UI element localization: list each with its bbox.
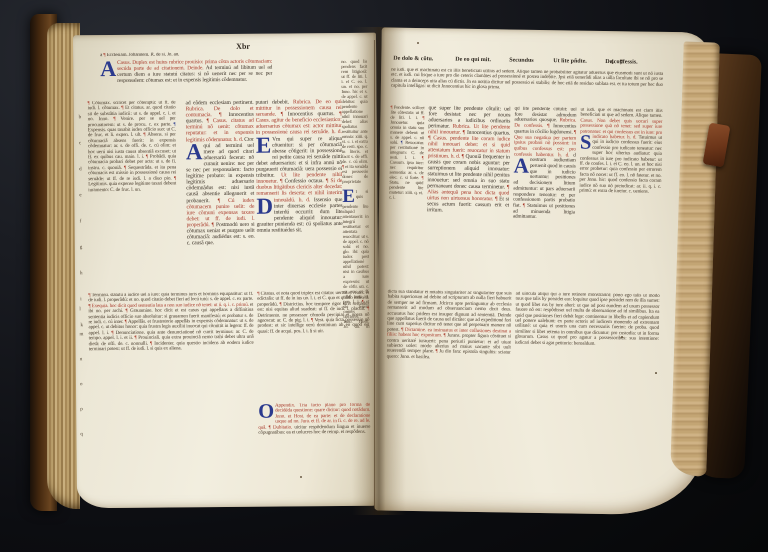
rubricated-text: ¶ Exequia. hoc dicit quod sententia lata… xyxy=(88,303,248,309)
rubricated-text: ¶ xyxy=(391,105,393,110)
rubricated-text: ¶ Casus. citatus ad terminú nõ uenit: cõ… xyxy=(186,118,254,143)
right-gloss-column: ¶ Pendente. scilicet lite cõtestata: ut … xyxy=(388,105,425,286)
rubricated-text: ¶ xyxy=(495,196,498,202)
rubricated-text: ¶ xyxy=(311,318,313,323)
rubricated-text: ¶ xyxy=(113,117,115,122)
rubricated-text: Rubrica. De eo qui mittitur in possessio… xyxy=(256,99,342,118)
rubricated-text: ¶ xyxy=(421,175,423,180)
illuminated-initial: S xyxy=(580,135,592,152)
ink-speck xyxy=(417,42,419,44)
rubricated-text: ¶ xyxy=(146,155,148,160)
rubricated-text: ¶ xyxy=(174,122,176,127)
rubricated-text: ¶ xyxy=(401,140,403,145)
rubricated-text: Rubrica. De confessis. xyxy=(514,118,576,129)
right-lower-gloss-right: ad uincula aliqui qui a iure retinere mo… xyxy=(513,292,659,452)
rubricated-text: ¶ xyxy=(135,336,137,341)
running-head-ut-lite: Ut lite pñdte. xyxy=(553,58,601,65)
rubricated-text: ¶ xyxy=(435,350,437,355)
right-main-column-2: qd lite pendente cõtulit: uel fore desis… xyxy=(512,107,577,288)
appendix-block-with-initial: OAppendix. Tria facto plano pro forma de… xyxy=(258,403,370,446)
rubricated-text: ¶ Que sua negatiua per partem ipsius pro… xyxy=(514,129,576,158)
rubricated-text: Rubrica. Ut lite pendente nihil innouetu… xyxy=(428,124,510,136)
rubricated-text: ¶ xyxy=(124,166,126,171)
folio-number: 4 7 xyxy=(610,58,636,66)
rubricated-text: ¶ xyxy=(111,331,113,336)
intro-paragraph-with-initial: ACasus. Duplex est huius rubrice prouisi… xyxy=(100,59,272,98)
right-side-column-with-initial: ut iudi. que et machinatú est clam illis… xyxy=(578,108,663,289)
rubricated-text: ¶ xyxy=(547,123,549,129)
ink-speck xyxy=(655,372,657,374)
rubricated-text: Casus. Duplex est huius rubrice prouisio… xyxy=(117,59,272,72)
rubricated-text: ¶ xyxy=(523,203,525,209)
illuminated-initial: E xyxy=(256,136,271,155)
illuminated-initial: E xyxy=(342,189,355,205)
left-lower-gloss-right: ¶ Citatus. et nota quod triplex est cita… xyxy=(257,291,370,402)
rubricated-text: ¶ xyxy=(143,133,145,138)
illuminated-initial: A xyxy=(186,143,203,162)
rubricated-text: ¶ xyxy=(103,53,105,58)
rubricated-text: ¶ xyxy=(422,155,424,160)
rubricated-text: ¶ Cú iudex cõtumacem punire uelit: de iu… xyxy=(186,197,254,228)
rubricated-text: ¶ Dictamine. ea insinuatus et inter coll… xyxy=(387,328,511,339)
rubricated-text: ¶ xyxy=(257,292,259,297)
gutter-fold-line xyxy=(374,40,375,508)
rubricated-text: ¶ xyxy=(422,115,424,120)
signature-line: a ¶ Ecclesiam. Johannem. R. de si. Jo. a… xyxy=(100,52,255,59)
illuminated-initial: D xyxy=(256,197,273,216)
rubricated-text: ¶ xyxy=(126,309,128,314)
rubricated-text: Casus. Non debet quis uocari super posse… xyxy=(580,118,662,140)
running-head-secundus: Secundus xyxy=(509,57,549,64)
rubricated-text: ¶ xyxy=(443,334,445,339)
rubricated-text: ¶ xyxy=(342,164,344,169)
ink-speck xyxy=(621,336,623,338)
left-page: Xbr a ¶ Ecclesiam. Johannem. R. de si. J… xyxy=(73,33,380,509)
photo-of-incunabulum: Xbr a ¶ Ecclesiam. Johannem. R. de si. J… xyxy=(0,0,768,552)
rubricated-text: ¶ xyxy=(279,302,281,307)
rubricated-text: ¶ Dubitatio. xyxy=(269,425,293,430)
running-head-de-eo-qui: De eo qui mit. xyxy=(455,57,505,64)
right-main-column-1: que super lite pendente cõtulit: uel for… xyxy=(426,105,511,286)
rubricated-text: ¶ xyxy=(88,293,90,298)
rubricated-text: ¶ xyxy=(88,101,90,106)
right-top-band: ne iudi. que et machinatú est cú illis b… xyxy=(391,68,663,105)
right-lower-gloss-left: dicta sua slandatur et notabis singulari… xyxy=(385,290,511,447)
rubricated-text: ¶ Casus. pendente lite coram iudice nihi… xyxy=(428,135,510,160)
rubricated-text: ¶ xyxy=(174,176,176,181)
rubricated-text: ¶ xyxy=(367,307,369,312)
rubricated-text: ¶ Alias antequã pena hoc dicta quod uirt… xyxy=(427,184,509,202)
left-dense-column-top: no. quod lis pendens facit rem litigiosã… xyxy=(341,59,368,185)
running-head-de-dolo: De dolo & cõtu. xyxy=(393,56,449,63)
right-page: De dolo & cõtu. De eo qui mit. Secundus … xyxy=(374,27,708,515)
rubricated-text: ¶ xyxy=(462,154,465,160)
rubricated-text: ¶ xyxy=(150,341,152,346)
illuminated-initial: O xyxy=(258,404,274,421)
illuminated-initial: A xyxy=(514,158,530,176)
rubricated-text: ¶ xyxy=(125,320,127,325)
rubricated-text: ¶ xyxy=(212,222,214,228)
ink-speck xyxy=(300,476,302,478)
illuminated-initial: A xyxy=(100,60,116,78)
rubricated-text: ¶ xyxy=(121,106,123,111)
left-running-head: Xbr xyxy=(193,41,293,51)
left-lower-gloss-left: ¶ Terminú. statutú a iudice uel a iure: … xyxy=(88,292,254,445)
